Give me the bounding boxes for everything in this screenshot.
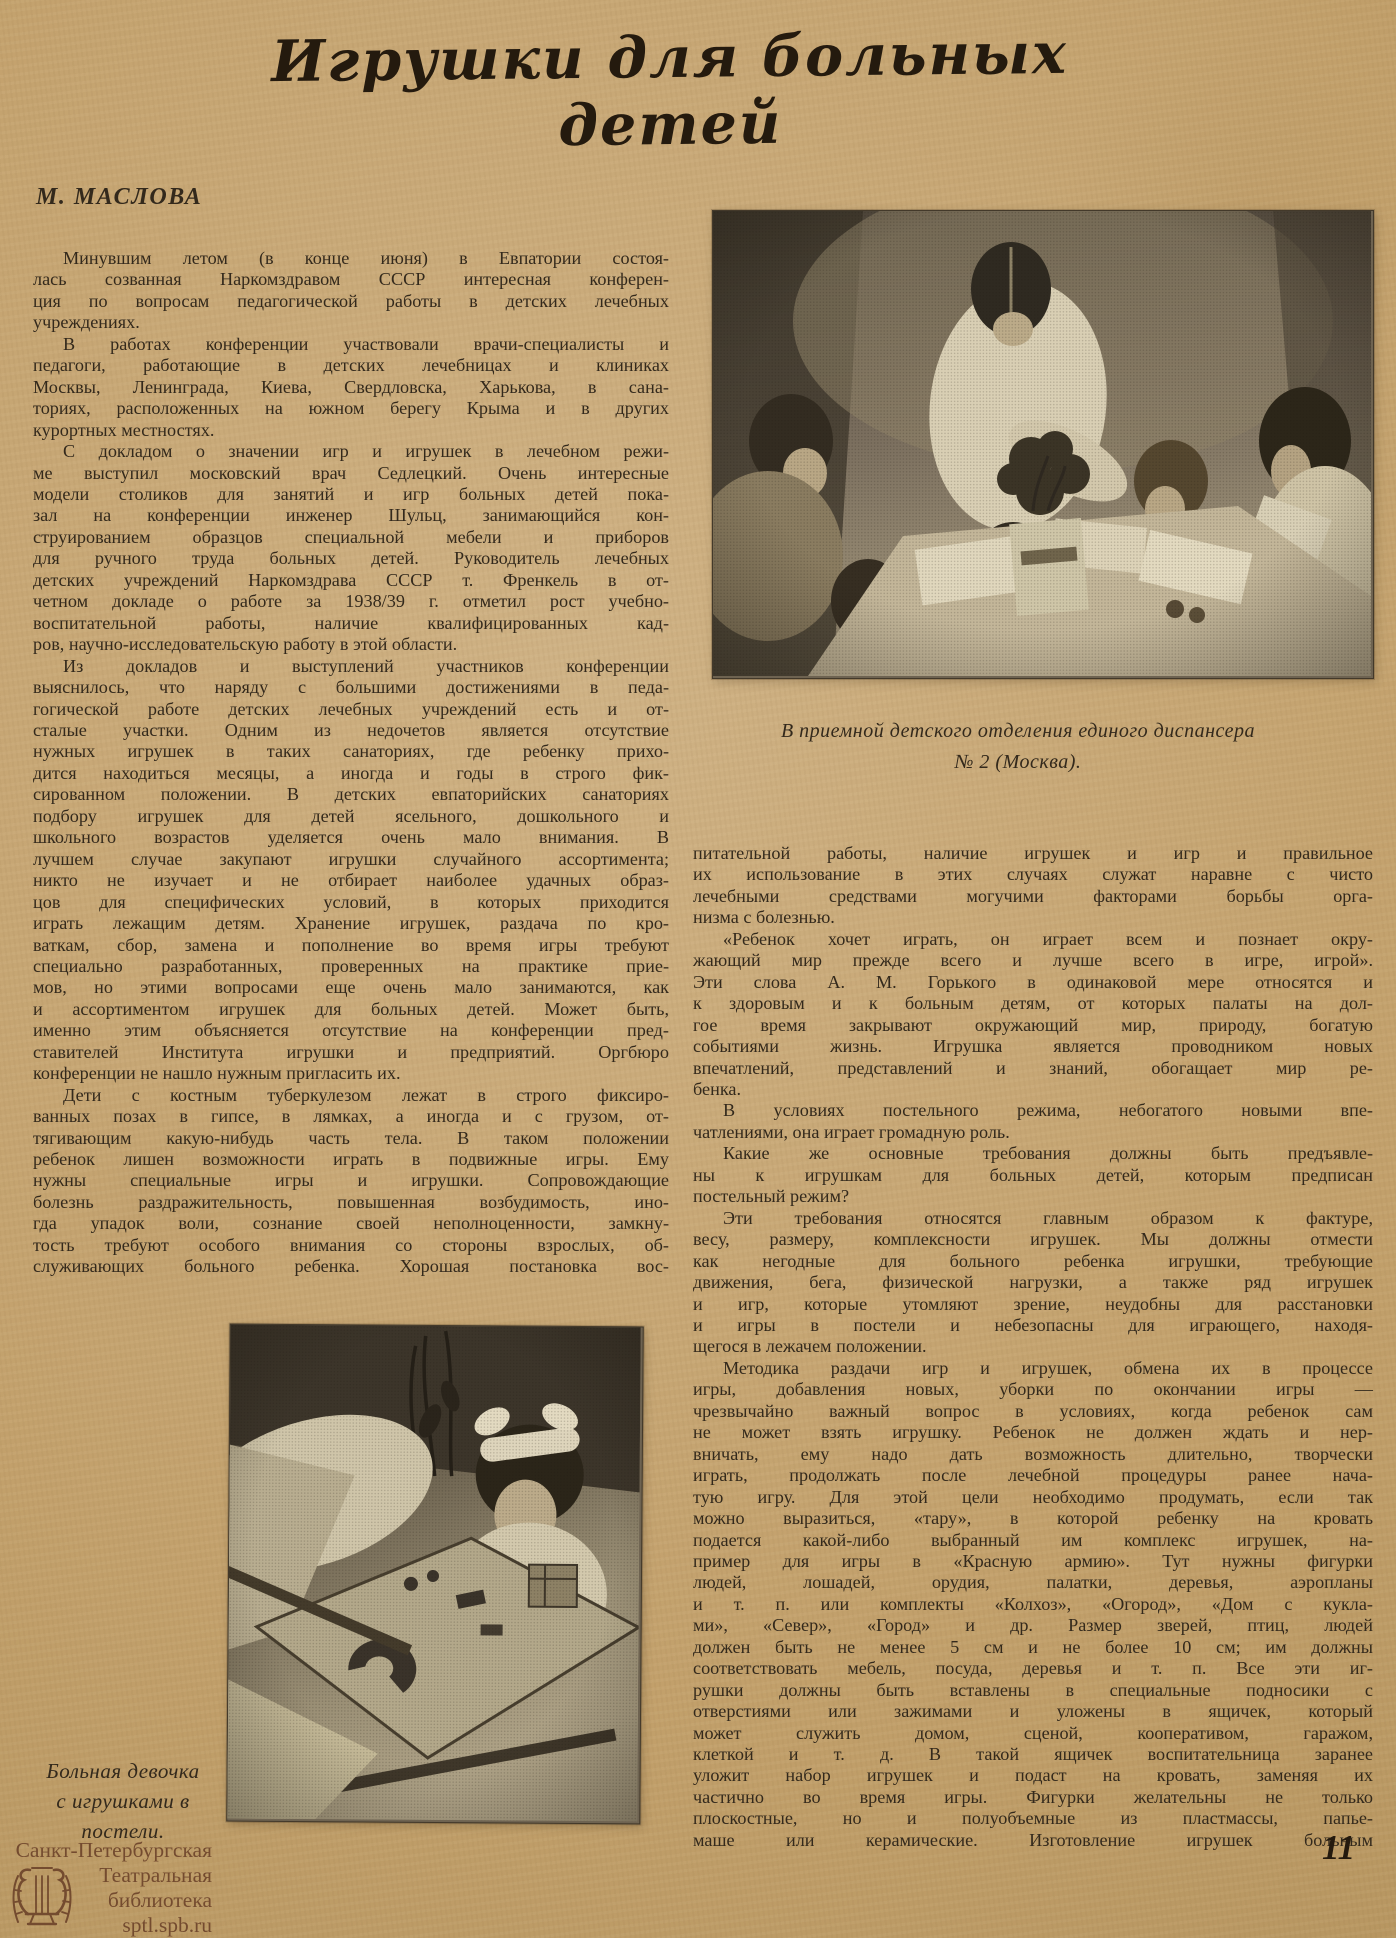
- paragraph: В работах конференции участвовали врачи-…: [33, 334, 669, 441]
- text-line: никто не изучает и не отбирает наиболее …: [33, 870, 669, 891]
- text-line: Эти требования относятся главным образом…: [693, 1208, 1373, 1229]
- text-line: струированием образцов специальной мебел…: [33, 527, 669, 548]
- text-line: бенка.: [693, 1079, 1373, 1100]
- text-line: мов, но этими вопросами еще очень мало з…: [33, 977, 669, 998]
- text-line: служивающих больного ребенка. Хорошая по…: [33, 1256, 669, 1277]
- article-title: Игрушки для больных детей: [149, 19, 1190, 164]
- text-line: школьного возрастов уделяется очень мало…: [33, 827, 669, 848]
- text-line: к здоровым и к больным детям, от которых…: [693, 993, 1373, 1014]
- text-line: ны к игрушкам для больных детей, которым…: [693, 1165, 1373, 1186]
- text-line: «Ребенок хочет играть, он играет всем и …: [693, 929, 1373, 950]
- text-line: гогической работе детских лечебных учреж…: [33, 699, 669, 720]
- text-line: игры, добавления новых, уборки по оконча…: [693, 1379, 1373, 1400]
- photo-girl-in-bed-image: [227, 1325, 640, 1822]
- text-line: клеткой и т. д. В такой ящичек воспитате…: [693, 1744, 1373, 1765]
- page-number: 11: [1322, 1828, 1355, 1868]
- paragraph: Минувшим летом (в конце июня) в Евпатори…: [33, 248, 669, 334]
- text-line: можно выразиться, «тару», в которой ребе…: [693, 1508, 1373, 1529]
- text-line: ваткам, сбор, замена и пополнение во вре…: [33, 935, 669, 956]
- text-line: и игр, которые утомляют зрение, неудобны…: [693, 1294, 1373, 1315]
- text-line: не может взять игрушку. Ребенок не долже…: [693, 1422, 1373, 1443]
- text-line: ме выступил московский врач Седлецкий. О…: [33, 463, 669, 484]
- paragraph: «Ребенок хочет играть, он играет всем и …: [693, 929, 1373, 1101]
- text-line: их использование в этих случаях служат н…: [693, 864, 1373, 885]
- text-line: играть, продолжать после лечебной процед…: [693, 1465, 1373, 1486]
- left-column: Минувшим летом (в конце июня) в Евпатори…: [33, 248, 669, 1278]
- text-line: весу, размеру, комплексности игрушек. Мы…: [693, 1229, 1373, 1250]
- text-line: людей, лошадей, орудия, палатки, деревья…: [693, 1572, 1373, 1593]
- text-line: для ручного труда больных детей. Руковод…: [33, 548, 669, 569]
- text-line: гое время закрывают окружающий мир, прир…: [693, 1015, 1373, 1036]
- text-line: Какие же основные требования должны быть…: [693, 1143, 1373, 1164]
- lyre-icon: [10, 1862, 74, 1936]
- paragraph: С докладом о значении игр и игрушек в ле…: [33, 441, 669, 656]
- text-line: четном докладе о работе за 1938/39 г. от…: [33, 591, 669, 612]
- text-line: ров, научно-исследовательскую работу в э…: [33, 634, 669, 655]
- text-line: курортных местностях.: [33, 420, 669, 441]
- text-line: Эти слова А. М. Горького в одинаковой ме…: [693, 972, 1373, 993]
- text-line: чатлениями, она играет громадную роль.: [693, 1122, 1373, 1143]
- text-line: частично во время игры. Фигурки желатель…: [693, 1787, 1373, 1808]
- text-line: зал на конференции инженер Шульц, занима…: [33, 505, 669, 526]
- photo-caption: В приемной детского отделения единого ди…: [663, 716, 1373, 778]
- paragraph: В условиях постельного режима, небогатог…: [693, 1100, 1373, 1143]
- text-line: ция по вопросам педагогической работы в …: [33, 291, 669, 312]
- text-line: вничать, ему надо дать возможность длите…: [693, 1444, 1373, 1465]
- text-line: плоскостные, но и полуобъемные из пластм…: [693, 1808, 1373, 1829]
- text-line: В работах конференции участвовали врачи-…: [33, 334, 669, 355]
- text-line: подбору игрушек для детей ясельного, дош…: [33, 806, 669, 827]
- text-line: болезнь раздражительность, повышенная во…: [33, 1192, 669, 1213]
- text-line: подается какой-либо выбранный им комплек…: [693, 1530, 1373, 1551]
- text-line: С докладом о значении игр и игрушек в ле…: [33, 441, 669, 462]
- text-line: нужных игрушек в таких санаториях, где р…: [33, 741, 669, 762]
- photo-children-dispensary: [712, 210, 1374, 679]
- text-line: лась созванная Наркомздравом СССР интере…: [33, 269, 669, 290]
- text-line: как негодные для больного ребенка игрушк…: [693, 1251, 1373, 1272]
- paragraph: Методика раздачи игр и игрушек, обмена и…: [693, 1358, 1373, 1851]
- paragraph: питательной работы, наличие игрушек и иг…: [693, 843, 1373, 929]
- text-line: тую игру. Для этой цели необходимо проду…: [693, 1487, 1373, 1508]
- text-line: и ассортиментом игрушек для больных дете…: [33, 999, 669, 1020]
- text-line: может служить домом, сценой, кооперативо…: [693, 1723, 1373, 1744]
- text-line: учреждениях.: [33, 312, 669, 333]
- text-line: Минувшим летом (в конце июня) в Евпатори…: [33, 248, 669, 269]
- text-line: щегося в лежачем положении.: [693, 1336, 1373, 1357]
- text-line: и т. п. или комплекты «Колхоз», «Огород»…: [693, 1594, 1373, 1615]
- text-line: ванных позах в гипсе, в лямках, а иногда…: [33, 1106, 669, 1127]
- text-line: событиями жизнь. Игрушка является провод…: [693, 1036, 1373, 1057]
- library-watermark: Санкт-Петербургская Театральная библиоте…: [6, 1838, 212, 1938]
- text-line: ториях, расположенных на южном берегу Кр…: [33, 398, 669, 419]
- text-line: низма с болезнью.: [693, 907, 1373, 928]
- text-line: лечебными средствами могучими факторами …: [693, 886, 1373, 907]
- text-line: должен быть не менее 5 см и не более 10 …: [693, 1637, 1373, 1658]
- text-line: движения, бега, физической нагрузки, а т…: [693, 1272, 1373, 1293]
- text-line: тость требуют особого внимания со сторон…: [33, 1235, 669, 1256]
- text-line: выяснилось, что наряду с большими достиж…: [33, 677, 669, 698]
- photo-caption: Больная девочка с игрушками в постели.: [14, 1756, 232, 1846]
- author-byline: М. МАСЛОВА: [36, 184, 202, 211]
- text-line: гда упадок воли, сознание своей неполноц…: [33, 1213, 669, 1234]
- text-line: Дети с костным туберкулезом лежат в стро…: [33, 1085, 669, 1106]
- photo-children-dispensary-image: [713, 211, 1371, 676]
- text-line: тягивающим какую-нибудь часть тела. В та…: [33, 1128, 669, 1149]
- text-line: цов для специфических условий, в которых…: [33, 892, 669, 913]
- text-line: Методика раздачи игр и игрушек, обмена и…: [693, 1358, 1373, 1379]
- text-line: конференции не нашло нужным пригласить и…: [33, 1063, 669, 1084]
- text-line: воспитательной работы, наличие квалифици…: [33, 613, 669, 634]
- text-line: жающий мир прежде всего и лучше всего в …: [693, 950, 1373, 971]
- text-line: именно этим объясняется отсутствие на ко…: [33, 1020, 669, 1041]
- right-column: питательной работы, наличие игрушек и иг…: [693, 843, 1373, 1851]
- magazine-page: Игрушки для больных детей М. МАСЛОВА Мин…: [0, 0, 1396, 1938]
- paragraph: Дети с костным туберкулезом лежат в стро…: [33, 1085, 669, 1278]
- text-line: модели столиков для занятий и игр больны…: [33, 484, 669, 505]
- text-line: специально разработанных, проверенных на…: [33, 956, 669, 977]
- text-line: Москвы, Ленинграда, Киева, Свердловска, …: [33, 377, 669, 398]
- text-line: сталые участки. Одним из недочетов являе…: [33, 720, 669, 741]
- text-line: и игры в постели и небезопасны для играю…: [693, 1315, 1373, 1336]
- paragraph: Какие же основные требования должны быть…: [693, 1143, 1373, 1207]
- paragraph: Эти требования относятся главным образом…: [693, 1208, 1373, 1358]
- text-line: пример для игры в «Красную армию». Тут н…: [693, 1551, 1373, 1572]
- text-line: питательной работы, наличие игрушек и иг…: [693, 843, 1373, 864]
- text-line: рушки должны быть вставлены в специальны…: [693, 1680, 1373, 1701]
- text-line: играть лежащим детям. Хранение игрушек, …: [33, 913, 669, 934]
- text-line: маше или керамические. Изготовление игру…: [693, 1830, 1373, 1851]
- text-line: дится находиться месяцы, а иногда и годы…: [33, 763, 669, 784]
- text-line: ребенок лишен возможности играть в подви…: [33, 1149, 669, 1170]
- text-line: сированном положении. В детских евпатори…: [33, 784, 669, 805]
- text-line: нужны специальные игры и игрушки. Сопров…: [33, 1170, 669, 1191]
- text-line: лучшем случае закупают игрушки случайног…: [33, 849, 669, 870]
- text-line: отверстиями или зажимами и уложены в ящи…: [693, 1701, 1373, 1722]
- text-line: соответствовать мебель, посуда, деревья …: [693, 1658, 1373, 1679]
- text-line: Из докладов и выступлений участников кон…: [33, 656, 669, 677]
- text-line: постельный режим?: [693, 1186, 1373, 1207]
- text-line: ставителей Института игрушки и предприят…: [33, 1042, 669, 1063]
- paragraph: Из докладов и выступлений участников кон…: [33, 656, 669, 1085]
- text-line: В условиях постельного режима, небогатог…: [693, 1100, 1373, 1121]
- text-line: педагоги, работающие в детских лечебница…: [33, 355, 669, 376]
- photo-girl-in-bed: [226, 1324, 643, 1825]
- text-line: чрезвычайно важный вопрос в условиях, ко…: [693, 1401, 1373, 1422]
- text-line: уложит набор игрушек и подаст на кровать…: [693, 1765, 1373, 1786]
- text-line: детских учреждений Наркомздрава СССР т. …: [33, 570, 669, 591]
- text-line: ми», «Север», «Город» и др. Размер звере…: [693, 1615, 1373, 1636]
- text-line: впечатлений, представлений и знаний, обо…: [693, 1058, 1373, 1079]
